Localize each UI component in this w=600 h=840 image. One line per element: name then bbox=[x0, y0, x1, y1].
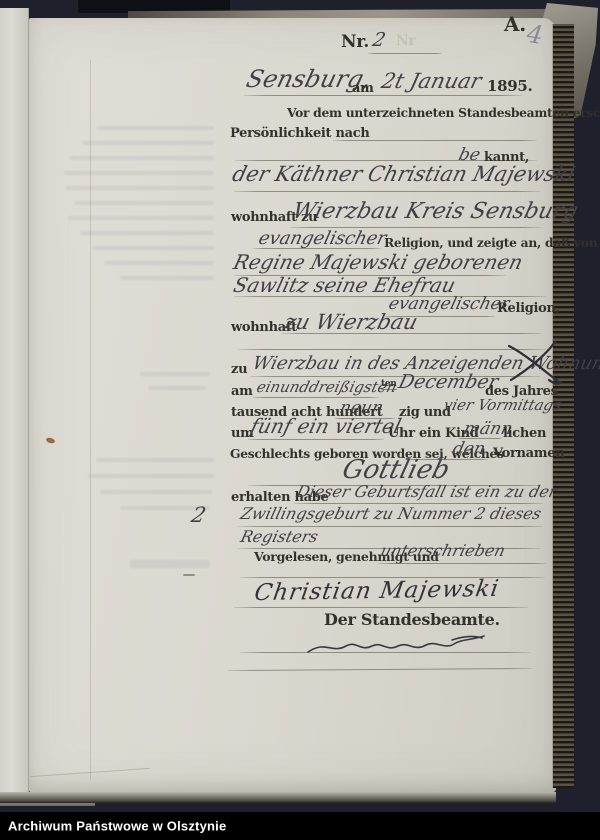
page-bottom-edge bbox=[0, 792, 556, 803]
twin-note-line1: Dieser Geburtsfall ist ein zu der bbox=[295, 482, 559, 501]
previous-page-edge bbox=[0, 8, 29, 804]
birth-day: einunddreißigsten bbox=[255, 378, 399, 396]
year-units-handwritten: vier Vormittags bbox=[442, 396, 564, 414]
archive-name: Archiwum Państwowe w Olsztynie bbox=[8, 819, 226, 834]
zu-label: zu bbox=[231, 362, 247, 377]
twin-note-line2: Zwillingsgeburt zu Nummer 2 dieses bbox=[239, 504, 544, 523]
ghost-stamp: Nr bbox=[396, 33, 416, 49]
den-handwritten: den bbox=[451, 439, 488, 459]
ten-label: ten bbox=[381, 379, 397, 390]
religion1-printed: Religion, und zeigte an, daß von der bbox=[384, 235, 600, 250]
am2-label: am bbox=[231, 384, 253, 399]
record-number-label: Nr. bbox=[341, 32, 369, 52]
declarant-signature: Christian Majewski bbox=[253, 576, 502, 606]
declarant-name: der Käthner Christian Majewski bbox=[230, 162, 578, 186]
child-name: Gottlieb bbox=[339, 455, 452, 485]
persoenlichkeit-label: Persönlichkeit nach bbox=[230, 126, 370, 141]
standesbeamte-label: Der Standesbeamte. bbox=[324, 610, 500, 629]
am-label: am bbox=[352, 81, 374, 96]
intro-line: Vor dem unterzeichneten Standesbeamten e… bbox=[287, 105, 600, 120]
mother-residence: zu Wierzbau bbox=[282, 310, 420, 334]
archive-caption-bar: Archiwum Państwowe w Olsztynie bbox=[0, 812, 600, 840]
lichen-label: lichen bbox=[503, 426, 546, 441]
religion1-handwritten: evangelischer bbox=[256, 228, 388, 249]
page-crease bbox=[90, 60, 91, 780]
date-handwritten: 2t Januar bbox=[379, 69, 484, 93]
twin-note-line3: Registers bbox=[239, 527, 321, 546]
declarant-residence: Wierzbau Kreis Sensburg bbox=[290, 199, 581, 224]
vornamen-label: Vornamen bbox=[493, 446, 564, 461]
mother-name: Regine Majewski geborenen bbox=[231, 250, 525, 274]
religion2-printed: Religion, bbox=[497, 301, 560, 316]
unterschrieben-handwritten: unterschrieben bbox=[379, 541, 508, 560]
year-printed: 1895. bbox=[487, 77, 532, 95]
corner-letter-stamp: A. bbox=[504, 12, 526, 36]
correction-cross-flourish bbox=[505, 340, 563, 385]
registrar-signature-scribble bbox=[302, 630, 492, 658]
birth-time: fünf ein viertel bbox=[248, 414, 404, 438]
